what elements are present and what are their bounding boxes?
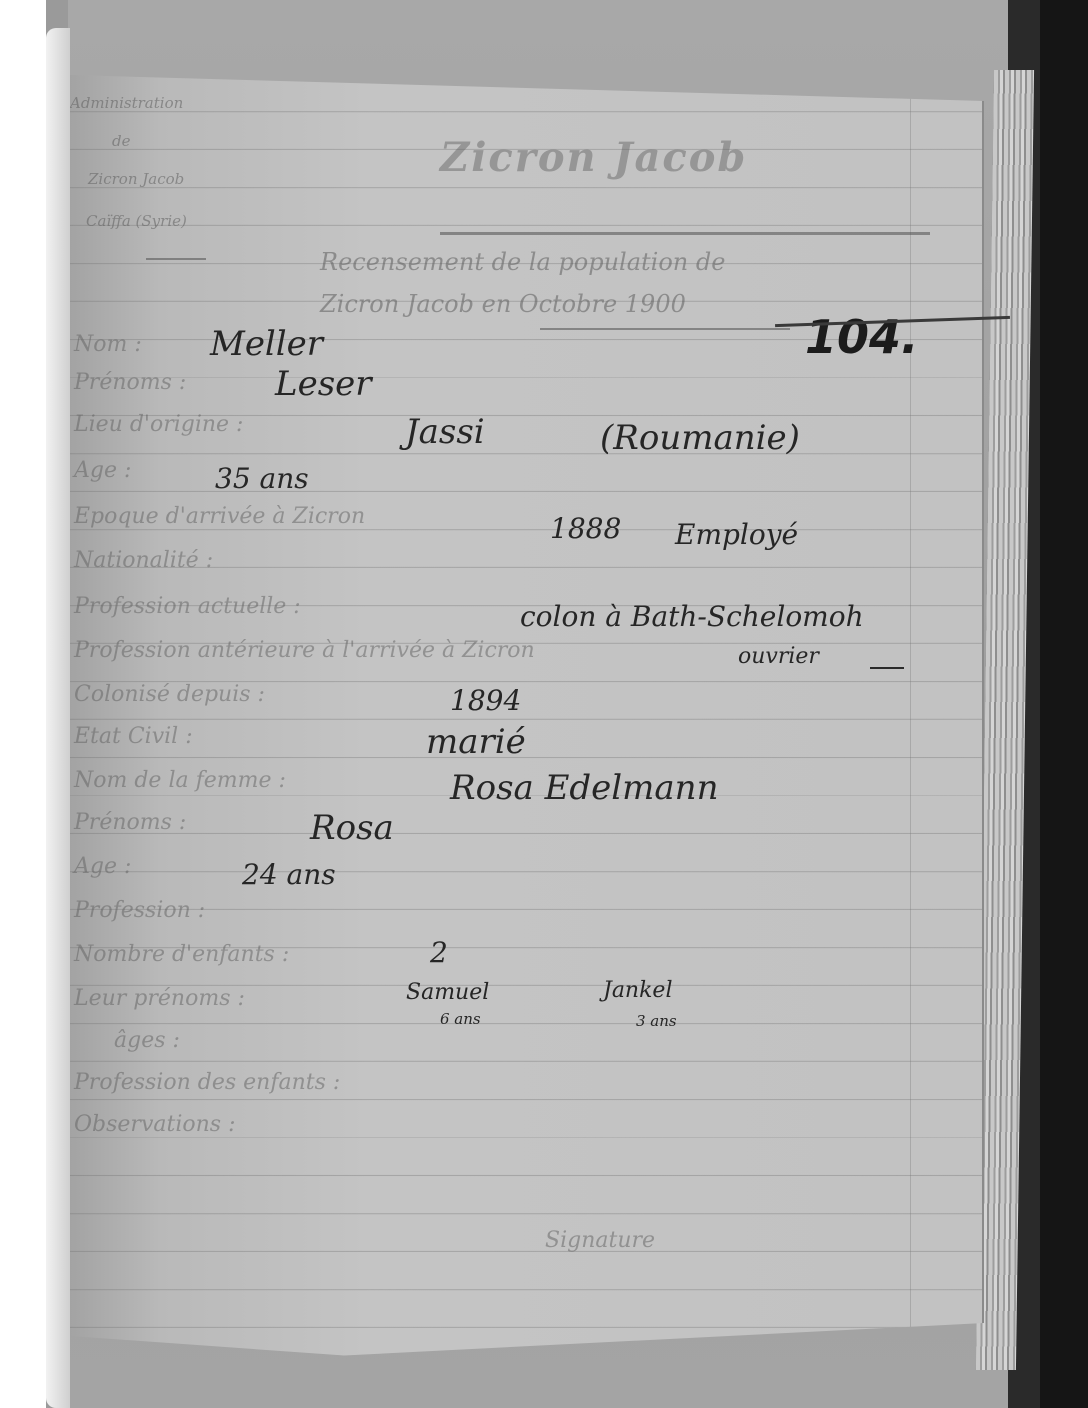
child-1-name: Samuel <box>406 980 489 1005</box>
label-profession-femme: Profession : <box>74 898 205 923</box>
child-1-age: 6 ans <box>440 1010 481 1028</box>
value-etat-civil: marié <box>426 722 526 762</box>
header-underline <box>440 232 930 235</box>
label-ages-enfants: âges : <box>114 1028 180 1053</box>
value-nom-femme: Rosa Edelmann <box>450 768 718 808</box>
book-binding-edge <box>46 28 70 1408</box>
child-2-name: Jankel <box>603 978 673 1003</box>
label-age-femme: Age : <box>74 854 131 879</box>
value-age: 35 ans <box>215 462 309 495</box>
label-colonise-depuis: Colonisé depuis : <box>74 682 265 707</box>
dash-mark <box>870 667 904 669</box>
label-observations: Observations : <box>74 1112 235 1137</box>
value-nombre-enfants: 2 <box>430 936 448 969</box>
admin-line-2: de <box>112 134 130 149</box>
value-employe: Employé <box>675 518 798 551</box>
header-subtitle-2: Zicron Jacob en Octobre 1900 <box>320 290 686 318</box>
value-nom: Meller <box>210 324 323 364</box>
label-nom-femme: Nom de la femme : <box>74 768 286 793</box>
signature-label: Signature <box>545 1228 655 1253</box>
record-number: 104. <box>805 310 919 364</box>
label-epoque-arrivee: Epoque d'arrivée à Zicron <box>74 504 365 529</box>
label-lieu-origine: Lieu d'origine : <box>74 412 243 437</box>
admin-line-1: Administration <box>70 96 183 111</box>
label-leur-prenoms: Leur prénoms : <box>74 986 245 1011</box>
value-lieu-origine: Jassi <box>405 412 485 452</box>
label-prenoms: Prénoms : <box>74 370 186 395</box>
label-nationalite: Nationalité : <box>74 548 213 573</box>
value-age-femme: 24 ans <box>242 858 336 891</box>
value-colonise-depuis: 1894 <box>450 684 521 717</box>
census-sheet: Administration de Zicron Jacob Caïffa (S… <box>70 62 984 1362</box>
label-profession-anterieure: Profession antérieure à l'arrivée à Zicr… <box>74 638 535 663</box>
label-etat-civil: Etat Civil : <box>74 724 193 749</box>
header-title: Zicron Jacob <box>440 134 747 181</box>
label-age: Age : <box>74 458 131 483</box>
value-profession-actuelle: colon à Bath-Schelomoh <box>520 600 864 633</box>
value-prenoms: Leser <box>275 364 372 404</box>
value-epoque-arrivee: 1888 <box>550 512 621 545</box>
margin-line <box>910 62 911 1360</box>
subtitle-underline <box>540 328 790 330</box>
label-nombre-enfants: Nombre d'enfants : <box>74 942 289 967</box>
value-prenoms-femme: Rosa <box>310 808 394 848</box>
value-profession-anterieure: ouvrier <box>738 644 819 669</box>
admin-divider <box>146 258 206 260</box>
label-profession-enfants: Profession des enfants : <box>74 1070 340 1095</box>
admin-line-4: Caïffa (Syrie) <box>86 214 187 229</box>
label-prenoms-femme: Prénoms : <box>74 810 186 835</box>
dark-background <box>1040 0 1088 1408</box>
label-nom: Nom : <box>74 332 142 357</box>
header-subtitle-1: Recensement de la population de <box>320 248 725 276</box>
value-lieu-origine-note: (Roumanie) <box>600 418 800 458</box>
child-2-age: 3 ans <box>636 1012 677 1030</box>
admin-line-3: Zicron Jacob <box>88 172 184 187</box>
label-profession-actuelle: Profession actuelle : <box>74 594 301 619</box>
